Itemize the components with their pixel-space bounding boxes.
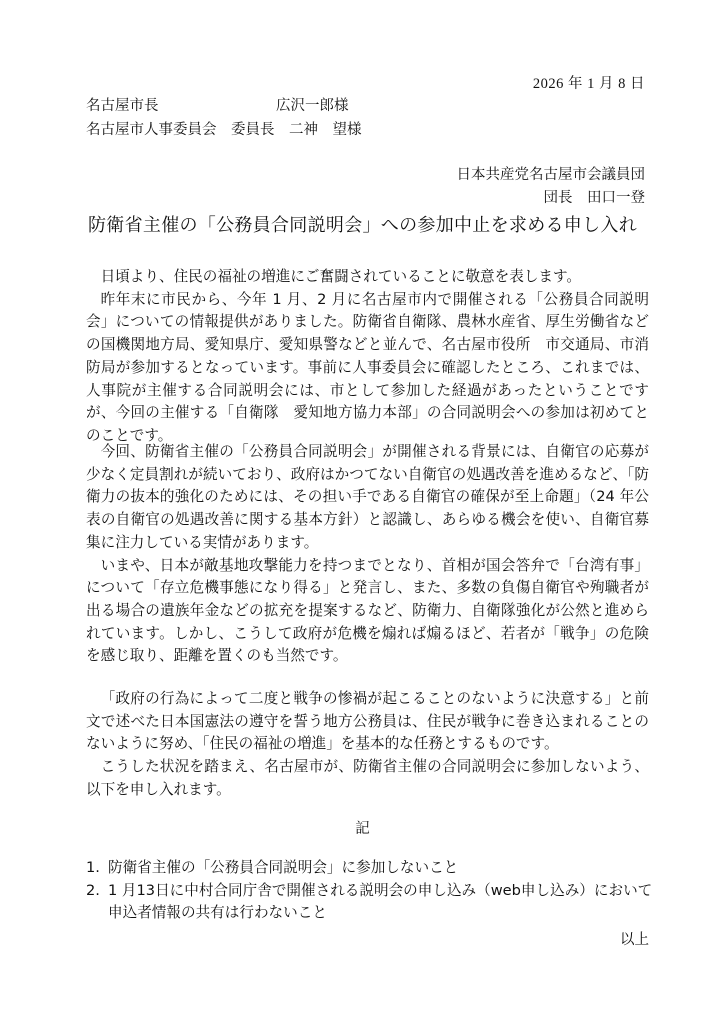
recipient-name: [275, 122, 290, 138]
paragraph-request-intro: こうした状況を踏まえ、名古屋市が、防衛省主催の合同説明会に参加しないよう、以下を…: [86, 756, 649, 801]
body-section-2: 今回、防衛省主催の「公務員合同説明会」が開催される背景には、自衛官の応募が少なく…: [86, 441, 649, 668]
request-item: 2. 1 月13日に中村合同庁舎で開催される説明会の申し込み（web申し込み）に…: [86, 880, 666, 925]
request-text: 防衛省主催の「公務員合同説明会」に参加しないこと: [108, 857, 666, 880]
paragraph-greeting: 日頃より、住民の福祉の増進にご奮闘されていることに敬意を表します。: [86, 266, 649, 289]
request-number: 2.: [86, 880, 108, 925]
document-page: 2026 年 1 月 8 日 名古屋市長 広沢一郎様 名古屋市人事委員会 委員長…: [0, 0, 725, 1024]
ki-heading: 記: [0, 817, 725, 838]
sender-leader: 団長 田口一登: [544, 186, 646, 207]
document-date: 2026 年 1 月 8 日: [533, 72, 645, 93]
body-section-3: 「政府の行為によって二度と戦争の惨禍が起こることのないように決意する」と前文で述…: [86, 688, 649, 802]
recipient-committee: 名古屋市人事委員会 委員長 二神 望様: [86, 118, 362, 139]
recipient-name: 二神 望様: [289, 122, 362, 138]
recipient-name: 広沢一郎様: [276, 94, 349, 115]
paragraph-background: 昨年末に市民から、今年 1 月、2 月に名古屋市内で開催される「公務員合同説明会…: [86, 289, 649, 448]
request-list: 1. 防衛省主催の「公務員合同説明会」に参加しないこと 2. 1 月13日に中村…: [86, 857, 666, 925]
recipient-mayor: 名古屋市長 広沢一郎様: [86, 94, 159, 115]
body-section-1: 日頃より、住民の福祉の増進にご奮闘されていることに敬意を表します。 昨年末に市民…: [86, 266, 649, 448]
request-item: 1. 防衛省主催の「公務員合同説明会」に参加しないこと: [86, 857, 666, 880]
paragraph-constitution: 「政府の行為によって二度と戦争の惨禍が起こることのないように決意する」と前文で述…: [86, 688, 649, 756]
document-title: 防衛省主催の「公務員合同説明会」への参加中止を求める申し入れ: [0, 211, 725, 237]
paragraph-defense: いまや、日本が敵基地攻撃能力を持つまでとなり、首相が国会答弁で「台湾有事」につい…: [86, 555, 649, 669]
recipient-title: 名古屋市人事委員会 委員長: [86, 122, 275, 138]
recipient-title: 名古屋市長: [86, 98, 159, 114]
request-text: 1 月13日に中村合同庁舎で開催される説明会の申し込み（web申し込み）において…: [108, 880, 666, 925]
request-number: 1.: [86, 857, 108, 880]
paragraph-recruitment: 今回、防衛省主催の「公務員合同説明会」が開催される背景には、自衛官の応募が少なく…: [86, 441, 649, 555]
sender-organization: 日本共産党名古屋市会議員団: [457, 163, 646, 184]
closing-mark: 以上: [620, 928, 649, 949]
